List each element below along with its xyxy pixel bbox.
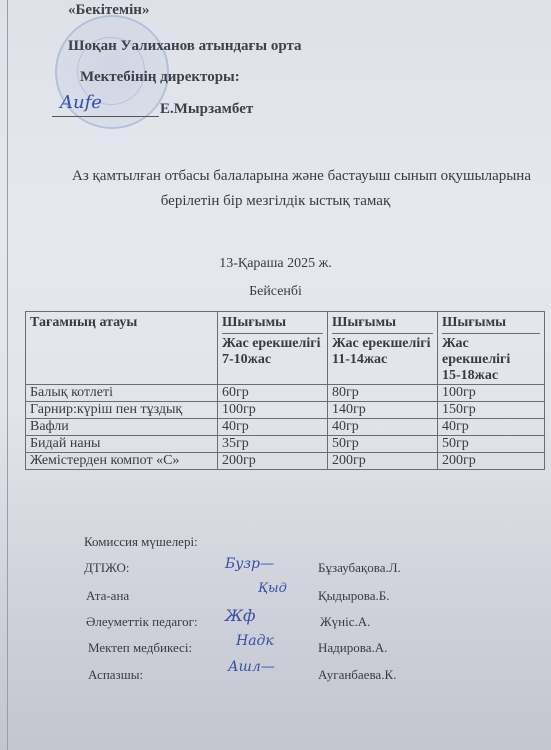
dish-name: Жемістерден компот «С» (26, 453, 218, 470)
portion-7-10: 35гр (218, 436, 328, 453)
document-date: 13-Қараша 2025 ж. (0, 256, 551, 272)
header-age-label: Жас ерекшелігі (222, 336, 323, 352)
member-role: Ата-ана (86, 588, 129, 604)
paper-edge (7, 0, 8, 750)
portion-11-14: 40гр (328, 419, 438, 436)
portion-15-18: 150гр (438, 402, 545, 419)
header-age-11-14: Шығымы Жас ерекшелігі 11-14жас (328, 312, 438, 385)
portion-11-14: 80гр (328, 385, 438, 402)
title-line-1: Аз қамтылған отбасы балаларына және баст… (72, 168, 531, 185)
header-yield: Шығымы (222, 315, 323, 334)
member-name: Қыдырова.Б. (318, 588, 389, 604)
portion-7-10: 40гр (218, 419, 328, 436)
table-row: Бидай наны 35гр 50гр 50гр (26, 436, 545, 453)
portion-7-10: 200гр (218, 453, 328, 470)
portion-11-14: 140гр (328, 402, 438, 419)
header-age-range: 15-18жас (442, 368, 540, 384)
portion-15-18: 200гр (438, 453, 545, 470)
signature-line (52, 116, 159, 117)
table-row: Жемістерден компот «С» 200гр 200гр 200гр (26, 453, 545, 470)
header-dish-name: Тағамның атауы (26, 312, 218, 385)
title-line-2: берілетін бір мезгілдік ыстық тамақ (0, 193, 551, 210)
member-signature: Жф (225, 606, 256, 625)
portion-11-14: 200гр (328, 453, 438, 470)
member-name: Бұзаубақова.Л. (318, 560, 401, 576)
portion-7-10: 60гр (218, 385, 328, 402)
dish-name: Гарнир:күріш пен тұздық (26, 402, 218, 419)
member-role: ДТІЖО: (84, 560, 129, 576)
member-role: Әлеуметтік педагог: (86, 614, 198, 630)
table-row: Вафли 40гр 40гр 40гр (26, 419, 545, 436)
portion-15-18: 50гр (438, 436, 545, 453)
member-signature: Бузр— (225, 556, 274, 572)
portion-11-14: 50гр (328, 436, 438, 453)
header-age-range: 11-14жас (332, 352, 433, 368)
header-age-label: Жас ерекшелігі (332, 336, 433, 352)
director-name: Е.Мырзамбет (160, 101, 253, 118)
school-line: Шоқан Уалиханов атындағы орта (68, 38, 302, 55)
document-weekday: Бейсенбі (0, 284, 551, 300)
header-yield: Шығымы (332, 315, 433, 334)
portion-15-18: 100гр (438, 385, 545, 402)
table-row: Балық котлеті 60гр 80гр 100гр (26, 385, 545, 402)
portion-7-10: 100гр (218, 402, 328, 419)
member-name: Ауганбаева.К. (318, 667, 396, 683)
portion-15-18: 40гр (438, 419, 545, 436)
member-name: Надирова.А. (318, 640, 387, 656)
member-signature: Қыд (258, 581, 287, 596)
member-role: Мектеп медбикесі: (88, 640, 192, 656)
table-header-row: Тағамның атауы Шығымы Жас ерекшелігі 7-1… (26, 312, 545, 385)
approval-label: «Бекітемін» (68, 2, 149, 19)
header-age-15-18: Шығымы Жас ерекшелігі 15-18жас (438, 312, 545, 385)
director-signature: Aufe (60, 92, 102, 113)
header-yield: Шығымы (442, 315, 540, 334)
dish-name: Балық котлеті (26, 385, 218, 402)
member-role: Аспазшы: (88, 667, 143, 683)
header-age-label: Жас ерекшелігі (442, 336, 540, 368)
member-signature: Ашл— (228, 659, 275, 675)
header-age-range: 7-10жас (222, 352, 323, 368)
member-signature: Надк (236, 633, 274, 649)
position-line: Мектебінің директоры: (80, 69, 240, 86)
dish-name: Бидай наны (26, 436, 218, 453)
header-age-7-10: Шығымы Жас ерекшелігі 7-10жас (218, 312, 328, 385)
menu-table: Тағамның атауы Шығымы Жас ерекшелігі 7-1… (25, 311, 545, 470)
member-name: Жүніс.А. (320, 614, 370, 630)
table-row: Гарнир:күріш пен тұздық 100гр 140гр 150г… (26, 402, 545, 419)
commission-heading: Комиссия мүшелері: (84, 534, 198, 550)
dish-name: Вафли (26, 419, 218, 436)
